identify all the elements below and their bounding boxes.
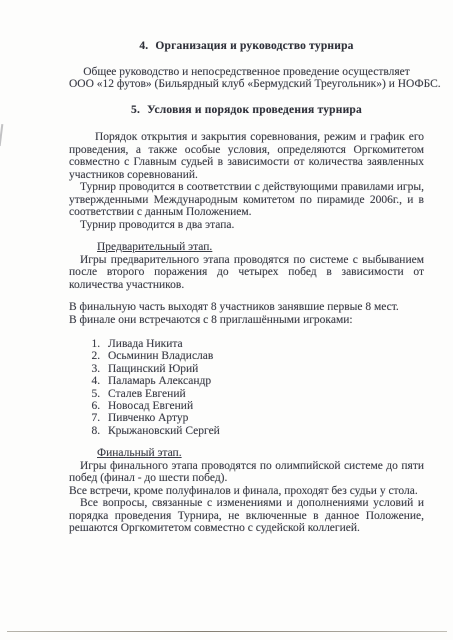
section-heading-4: 4. Организация и руководство турнира [69, 40, 424, 53]
player-item: Новосад Евгений [103, 400, 424, 412]
player-list: Ливада НикитаОсьминин ВладиславПащинский… [69, 338, 424, 437]
stage2-heading: Финальный этап. [97, 447, 424, 460]
paragraph-two-stages: Турнир проводится в два этапа. [69, 219, 424, 232]
paragraph-invited: В финале они встречаются с 8 приглашённы… [69, 314, 424, 327]
paragraph-line: Общее руководство и непосредственное про… [69, 66, 424, 79]
player-item: Паламарь Александр [103, 375, 424, 387]
scan-artifact-left-mark [0, 124, 3, 146]
paragraph-line: ООО «12 футов» (Бильярдный клуб «Бермудс… [69, 78, 424, 91]
scan-artifact-bottom-line [7, 631, 447, 632]
section-number: 5. [131, 104, 140, 117]
paragraph-stage2: Игры финального этапа проводятся по олим… [69, 460, 424, 485]
paragraph-opening: Порядок открытия и закрытия соревнования… [69, 131, 424, 181]
section-title: Условия и порядок проведения турнира [147, 104, 362, 117]
paragraph-questions: Все вопросы, связанные с изменениями и д… [69, 497, 424, 535]
paragraph-final8: В финальную часть выходят 8 участников з… [69, 301, 424, 314]
player-item: Крыжановский Сергей [103, 425, 424, 437]
player-item: Пащинский Юрий [103, 363, 424, 375]
document-content: 4. Организация и руководство турнира Общ… [69, 40, 424, 535]
paragraph-rules: Турнир проводится в соответствии с дейст… [69, 181, 424, 219]
player-item: Сталев Евгений [103, 388, 424, 400]
player-item: Пивченко Артур [103, 412, 424, 424]
paragraph-stage1: Игры предварительного этапа проводятся п… [69, 254, 424, 292]
player-item: Ливада Никита [103, 338, 424, 350]
section-number: 4. [139, 40, 148, 53]
stage1-heading: Предварительный этап. [97, 241, 424, 254]
scanned-document-page: 4. Организация и руководство турнира Общ… [0, 0, 453, 640]
paragraph-management: Общее руководство и непосредственное про… [69, 66, 424, 91]
player-item: Осьминин Владислав [103, 350, 424, 362]
section-heading-5: 5. Условия и порядок проведения турнира [69, 104, 424, 117]
section-title: Организация и руководство турнира [155, 40, 353, 53]
paragraph-referee: Все встречи, кроме полуфиналов и финала,… [69, 485, 424, 498]
